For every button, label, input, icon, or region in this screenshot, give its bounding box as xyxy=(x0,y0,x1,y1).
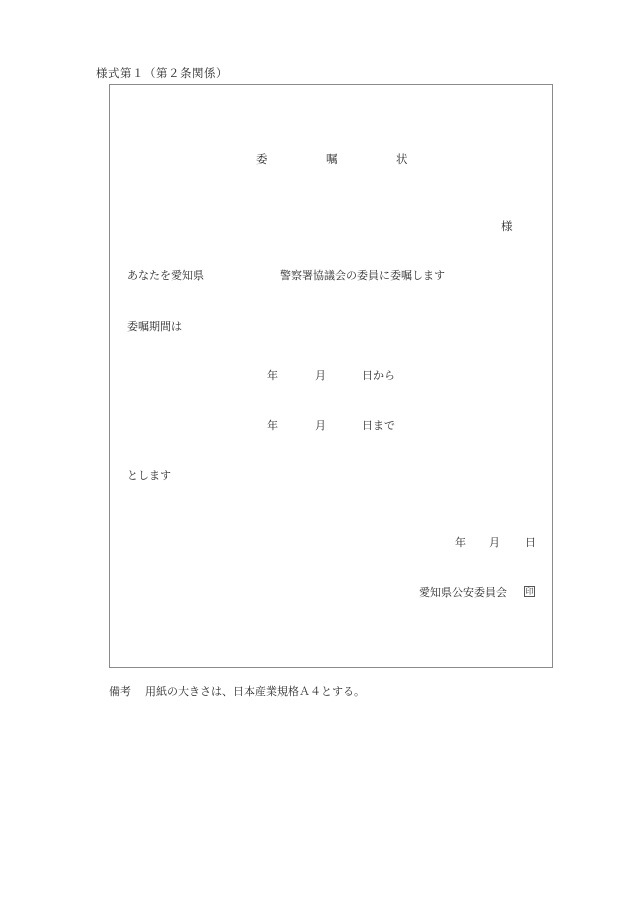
closing-text: とします xyxy=(127,470,171,481)
period-label: 委嘱期間は xyxy=(127,321,182,332)
issue-date-day: 日 xyxy=(525,537,536,548)
appointment-prefix: あなたを愛知県 xyxy=(127,270,204,281)
issue-date-month: 月 xyxy=(489,537,500,548)
certificate-frame xyxy=(109,84,553,668)
title-char-1: 委 xyxy=(256,154,268,166)
note-text: 用紙の大きさは、日本産業規格Ａ４とする。 xyxy=(145,686,365,697)
note-label: 備考 xyxy=(109,686,131,697)
appointment-suffix: 警察署協議会の委員に委嘱します xyxy=(280,270,445,281)
issue-date-year: 年 xyxy=(455,537,466,548)
form-number-label: 様式第１（第２条関係） xyxy=(96,68,228,80)
recipient-honorific: 様 xyxy=(501,221,513,233)
period-start-month: 月 xyxy=(315,370,326,381)
seal-icon: 印 xyxy=(524,586,535,597)
title-char-3: 状 xyxy=(396,154,408,166)
period-end-year: 年 xyxy=(267,420,278,431)
period-start-year: 年 xyxy=(267,370,278,381)
period-end-day: 日まで xyxy=(362,420,395,431)
period-end-month: 月 xyxy=(315,420,326,431)
title-char-2: 嘱 xyxy=(326,154,338,166)
period-start-day: 日から xyxy=(362,370,395,381)
issuer-name: 愛知県公安委員会 xyxy=(419,587,507,598)
